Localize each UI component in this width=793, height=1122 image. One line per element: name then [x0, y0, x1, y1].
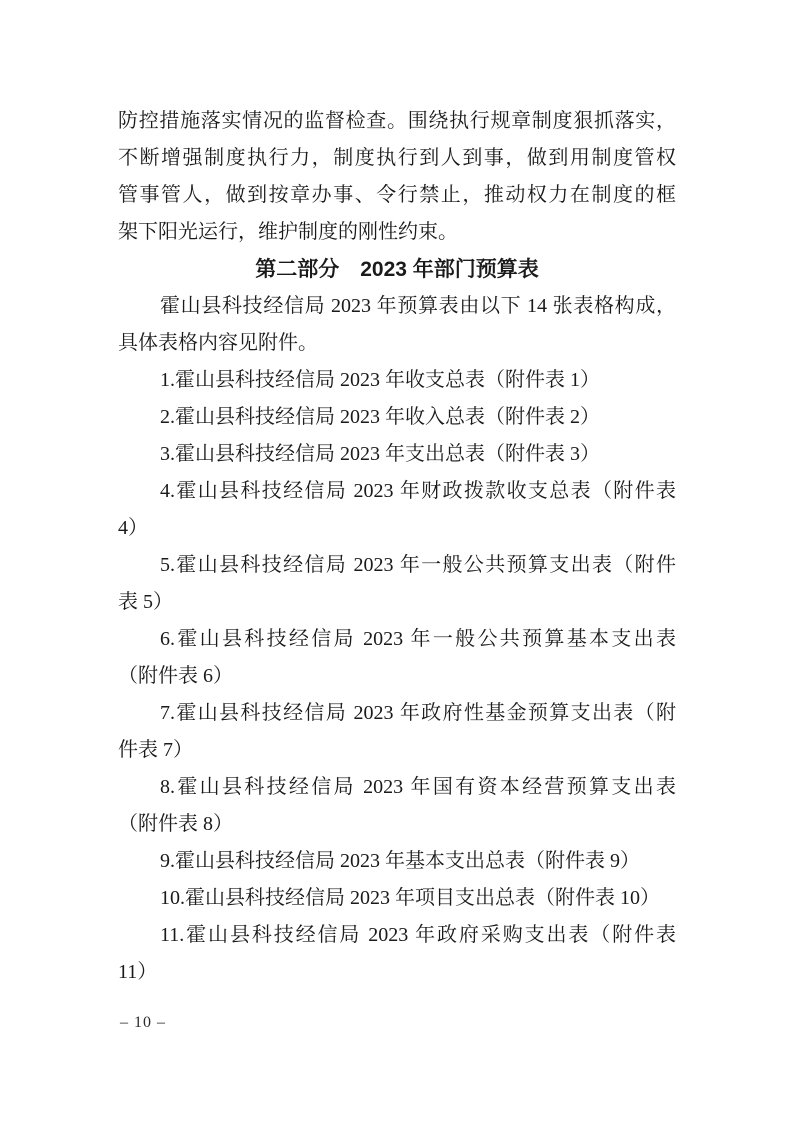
- list-item-line: 4）: [118, 510, 676, 547]
- closing-paragraph-line: 管事管人，做到按章办事、令行禁止，推动权力在制度的框: [118, 177, 676, 214]
- closing-paragraph-line: 不断增强制度执行力，制度执行到人到事，做到用制度管权: [118, 140, 676, 177]
- list-item-line: 2.霍山县科技经信局 2023 年收入总表（附件表 2）: [118, 399, 676, 436]
- list-item-line: 7.霍山县科技经信局 2023 年政府性基金预算支出表（附: [118, 695, 676, 732]
- list-item-line: 8.霍山县科技经信局 2023 年国有资本经营预算支出表: [118, 769, 676, 806]
- document-page: 防控措施落实情况的监督检查。围绕执行规章制度狠抓落实， 不断增强制度执行力，制度…: [0, 0, 793, 1122]
- closing-paragraph-line: 防控措施落实情况的监督检查。围绕执行规章制度狠抓落实，: [118, 103, 676, 140]
- list-item-line: 9.霍山县科技经信局 2023 年基本支出总表（附件表 9）: [118, 843, 676, 880]
- text-column: 防控措施落实情况的监督检查。围绕执行规章制度狠抓落实， 不断增强制度执行力，制度…: [118, 103, 676, 991]
- list-item-line: 5.霍山县科技经信局 2023 年一般公共预算支出表（附件: [118, 547, 676, 584]
- list-item-line: 4.霍山县科技经信局 2023 年财政拨款收支总表（附件表: [118, 473, 676, 510]
- list-item-line: 1.霍山县科技经信局 2023 年收支总表（附件表 1）: [118, 362, 676, 399]
- closing-paragraph-line: 架下阳光运行，维护制度的刚性约束。: [118, 214, 676, 251]
- intro-paragraph-line: 具体表格内容见附件。: [118, 325, 676, 362]
- list-item-line: （附件表 6）: [118, 658, 676, 695]
- list-item-line: 件表 7）: [118, 732, 676, 769]
- list-item-line: 表 5）: [118, 584, 676, 621]
- page-number: – 10 –: [120, 1011, 166, 1035]
- list-item-line: 11.霍山县科技经信局 2023 年政府采购支出表（附件表: [118, 917, 676, 954]
- list-item-line: 3.霍山县科技经信局 2023 年支出总表（附件表 3）: [118, 436, 676, 473]
- intro-paragraph-line: 霍山县科技经信局 2023 年预算表由以下 14 张表格构成，: [118, 288, 676, 325]
- list-item-line: 10.霍山县科技经信局 2023 年项目支出总表（附件表 10）: [118, 880, 676, 917]
- list-item-line: （附件表 8）: [118, 806, 676, 843]
- list-item-line: 6.霍山县科技经信局 2023 年一般公共预算基本支出表: [118, 621, 676, 658]
- list-item-line: 11）: [118, 954, 676, 991]
- section-heading: 第二部分 2023 年部门预算表: [118, 251, 676, 288]
